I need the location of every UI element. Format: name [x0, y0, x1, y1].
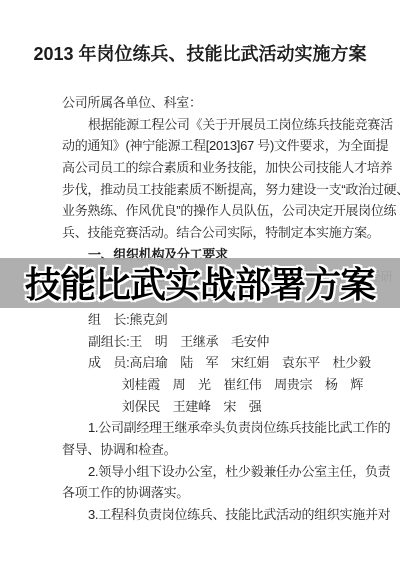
- doc-line: 高公司员工的综合素质和业务技能，加快公司技能人才培养: [62, 157, 390, 179]
- doc-line: 2.领导小组下设办公室，杜少毅兼任办公室主任，负责: [62, 461, 390, 483]
- document-body: 公司所属各单位、科室：根据能源工程公司《关于开展员工岗位练兵技能竞赛活动的通知》…: [0, 92, 400, 526]
- doc-line: 成 员:高启瑜 陆 军 宋红娟 袁东平 杜少毅: [62, 352, 390, 374]
- document-title: 2013 年岗位练兵、技能比武活动实施方案: [0, 42, 400, 66]
- doc-line: 各项工作的协调落实。: [62, 482, 390, 504]
- doc-line: 3.工程科负责岗位练兵、技能比武活动的组织实施并对: [62, 504, 390, 526]
- doc-line: 组 长:熊克剑: [62, 309, 390, 331]
- doc-line: 步伐，推动员工技能素质不断提高，努力建设一支“政治过硬、: [62, 179, 390, 201]
- doc-line: 1.公司副经理王继承牵头负责岗位练兵技能比武工作的: [62, 417, 390, 439]
- doc-line: 动的通知》(神宁能源工程[2013]67 号)文件要求，为全面提: [62, 135, 390, 157]
- doc-line: 刘桂霞 周 光 崔红伟 周贵宗 杨 辉: [62, 374, 390, 396]
- doc-line: 刘保民 王建峰 宋 强: [62, 396, 390, 418]
- banner-title: 技能比武实战部署方案: [25, 267, 375, 303]
- document-page: 2013 年岗位练兵、技能比武活动实施方案 公司所属各单位、科室：根据能源工程公…: [0, 0, 400, 566]
- banner-overlay: 技能比武实战部署方案: [0, 258, 400, 308]
- doc-line: 根据能源工程公司《关于开展员工岗位练兵技能竞赛活: [62, 114, 390, 136]
- doc-line: 公司所属各单位、科室：: [62, 92, 390, 114]
- doc-line: 业务熟练、作风优良”的操作人员队伍，公司决定开展岗位练: [62, 200, 390, 222]
- doc-line: 督导、协调和检查。: [62, 439, 390, 461]
- doc-line: 兵、技能竞赛活动。结合公司实际，特制定本实施方案。: [62, 222, 390, 244]
- doc-line: 副组长:王 明 王继承 毛安仲: [62, 331, 390, 353]
